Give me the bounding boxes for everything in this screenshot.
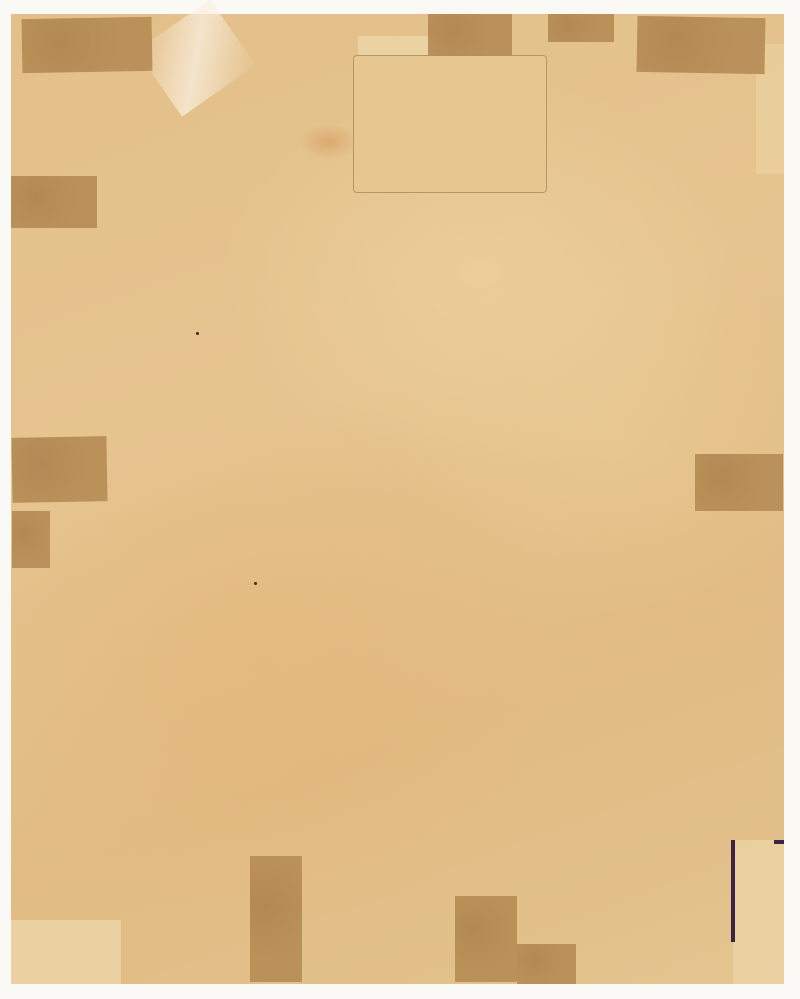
torn-tape-top xyxy=(358,36,438,56)
light-tape-bottom-right xyxy=(733,840,784,984)
ink-line-mark xyxy=(731,840,735,942)
tape-strip-left-lower xyxy=(12,511,50,568)
light-tape-bottom-left xyxy=(11,920,121,984)
tape-strip-top-center xyxy=(428,14,512,56)
speck xyxy=(196,332,199,335)
speck xyxy=(254,582,257,585)
tape-strip-left-upper xyxy=(11,176,97,228)
tape-strip-top-right xyxy=(637,16,766,74)
tape-strip-right-middle xyxy=(695,454,783,511)
tape-strip-top-center-right xyxy=(548,14,614,42)
tape-strip-top-left xyxy=(22,17,153,73)
paper-label xyxy=(353,55,547,193)
tape-strip-left-middle xyxy=(11,436,107,503)
tape-strip-bottom-center-vertical xyxy=(455,896,517,982)
white-scuff xyxy=(136,0,256,117)
aged-board xyxy=(11,14,784,984)
ink-dash-mark xyxy=(774,840,784,844)
tape-strip-bottom-center-small xyxy=(517,944,576,984)
tape-strip-bottom-left-vertical xyxy=(250,856,302,982)
